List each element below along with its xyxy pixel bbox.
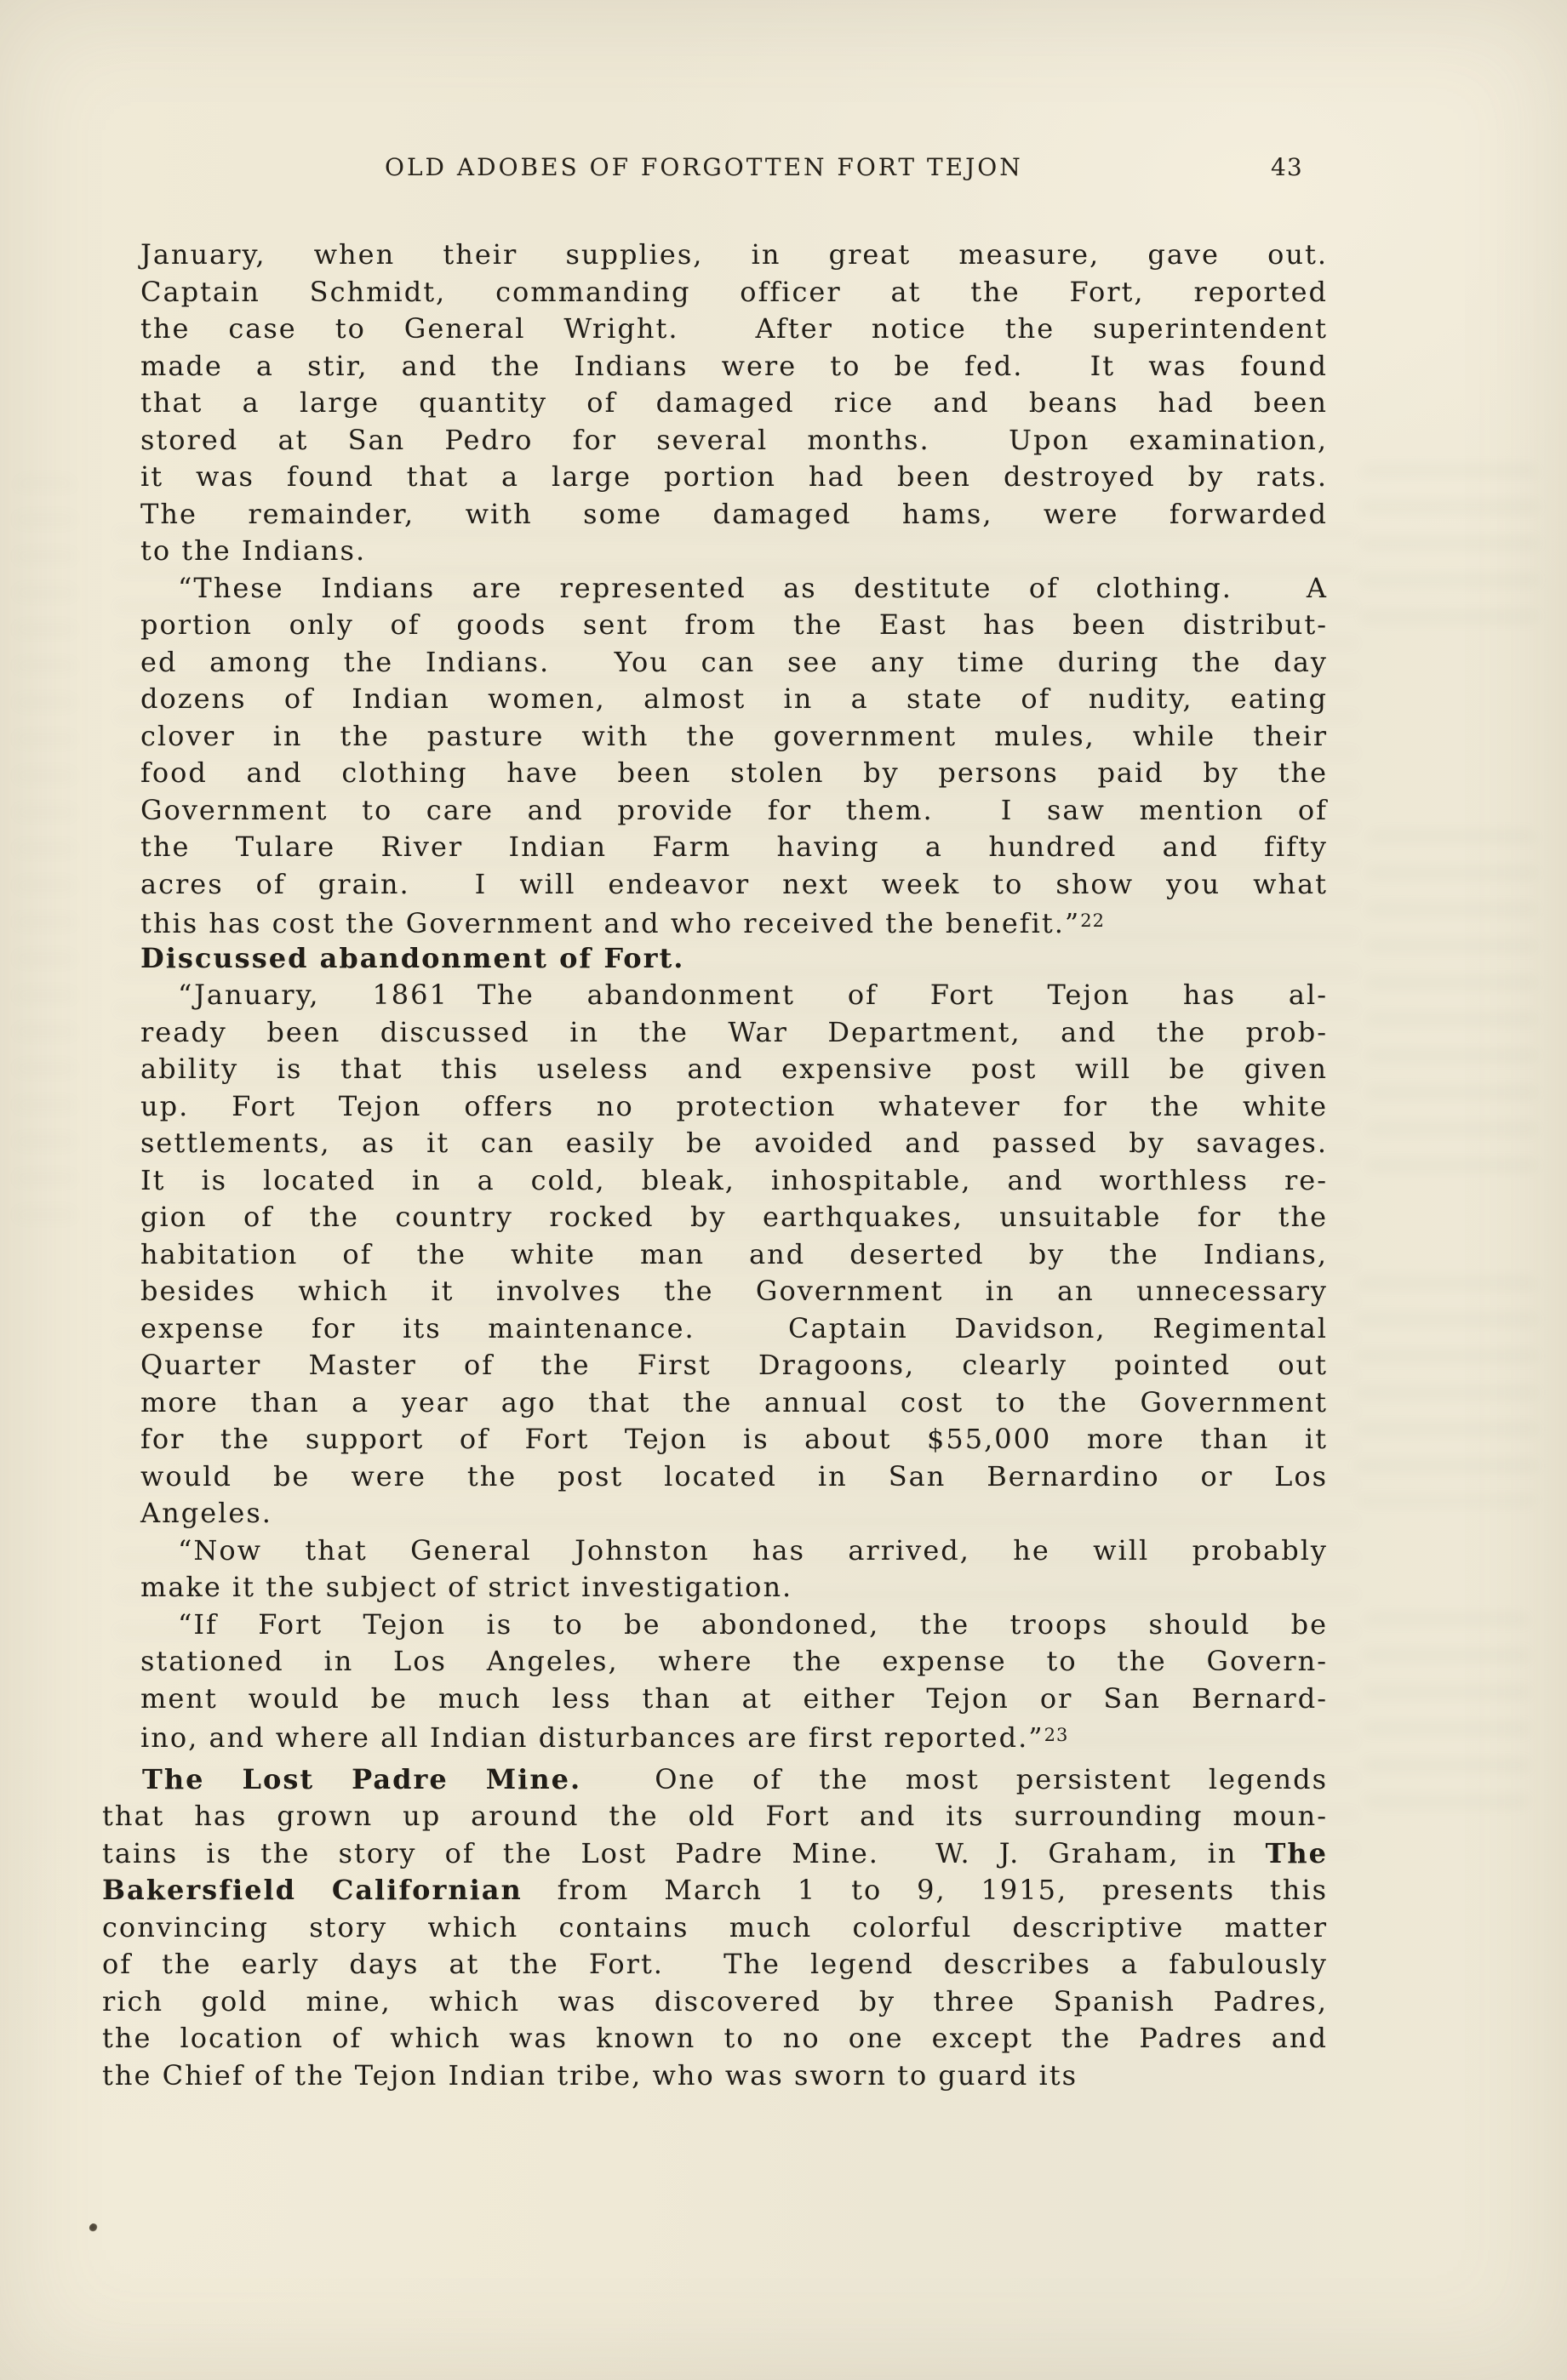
text-line: more than a year ago that the annual cos…: [140, 1384, 1328, 1422]
book-page: OLD ADOBES OF FORGOTTEN FORT TEJON 43 Ja…: [0, 0, 1567, 2380]
text-line: the case to General Wright. After notice…: [140, 311, 1328, 348]
paragraph-lost-padre-mine: The Lost Padre Mine. One of the most per…: [102, 1761, 1328, 2095]
text-line: ed among the Indians. You can see any ti…: [140, 644, 1328, 682]
text-line: stationed in Los Angeles, where the expe…: [140, 1643, 1328, 1681]
paragraph-quote-if-abandoned: “If Fort Tejon is to be abondoned, the t…: [140, 1607, 1328, 1755]
text-line: stored at San Pedro for several months. …: [140, 422, 1328, 459]
text-line: food and clothing have been stolen by pe…: [140, 755, 1328, 792]
text-line: made a stir, and the Indians were to be …: [140, 348, 1328, 385]
text-line: habitation of the white man and deserted…: [140, 1236, 1328, 1274]
text-line: “If Fort Tejon is to be abondoned, the t…: [140, 1607, 1328, 1644]
bleed-through-artifact: [1364, 1612, 1530, 1808]
text-line: tains is the story of the Lost Padre Min…: [102, 1835, 1328, 1873]
text-line: ino, and where all Indian disturbances a…: [140, 1717, 1328, 1755]
text-line: the Chief of the Tejon Indian tribe, who…: [102, 2058, 1328, 2095]
text-line: the location of which was known to no on…: [102, 2020, 1328, 2058]
text-line: clover in the pasture with the governmen…: [140, 718, 1328, 756]
bleed-through-artifact: [1360, 464, 1539, 625]
text-line: Angeles.: [140, 1495, 1328, 1532]
running-title: OLD ADOBES OF FORGOTTEN FORT TEJON: [385, 153, 1023, 181]
text-line: The remainder, with some damaged hams, w…: [140, 496, 1328, 534]
bleed-through-artifact: [1355, 1276, 1538, 1506]
text-line: would be were the post located in San Be…: [140, 1458, 1328, 1496]
text-line: Captain Schmidt, commanding officer at t…: [140, 274, 1328, 311]
paragraph-quote-destitute: “These Indians are represented as destit…: [140, 570, 1328, 940]
text-line: gion of the country rocked by earthquake…: [140, 1199, 1328, 1236]
text-line: the Tulare River Indian Farm having a hu…: [140, 829, 1328, 866]
text-line: It is located in a cold, bleak, inhospit…: [140, 1162, 1328, 1200]
text-line: Government to care and provide for them.…: [140, 792, 1328, 830]
text-line: “These Indians are represented as destit…: [140, 570, 1328, 608]
bleed-through-artifact: [15, 477, 75, 1242]
text-line: convincing story which contains much col…: [102, 1909, 1328, 1947]
text-line: ability is that this useless and expensi…: [140, 1051, 1328, 1088]
text-line: this has cost the Government and who rec…: [140, 903, 1328, 940]
paragraph-quote-abandonment: “January, 1861 The abandonment of Fort T…: [140, 977, 1328, 1532]
text-line: of the early days at the Fort. The legen…: [102, 1946, 1328, 1983]
text-line: settlements, as it can easily be avoided…: [140, 1125, 1328, 1162]
text-line: that has grown up around the old Fort an…: [102, 1798, 1328, 1835]
section-heading: Discussed abandonment of Fort.: [140, 940, 1328, 978]
text-line: rich gold mine, which was discovered by …: [102, 1983, 1328, 2021]
text-line: portion only of goods sent from the East…: [140, 607, 1328, 644]
paragraph-quote-johnston: “Now that General Johnston has arrived, …: [140, 1532, 1328, 1607]
text-line: make it the subject of strict investigat…: [140, 1569, 1328, 1607]
text-line: it was found that a large portion had be…: [140, 459, 1328, 496]
text-line: Quarter Master of the First Dragoons, cl…: [140, 1347, 1328, 1384]
text-line: up. Fort Tejon offers no protection what…: [140, 1088, 1328, 1126]
text-line: “Now that General Johnston has arrived, …: [140, 1532, 1328, 1570]
text-line: “January, 1861 The abandonment of Fort T…: [140, 977, 1328, 1014]
text-line: ment would be much less than at either T…: [140, 1681, 1328, 1718]
ink-speck: [89, 2223, 99, 2233]
text-line: Bakersfield Californian from March 1 to …: [102, 1872, 1328, 1909]
paragraph-supplies: January, when their supplies, in great m…: [140, 237, 1328, 570]
bleed-through-artifact: [1367, 830, 1537, 1196]
text-line: The Lost Padre Mine. One of the most per…: [102, 1761, 1328, 1799]
text-line: dozens of Indian women, almost in a stat…: [140, 681, 1328, 718]
text-line: that a large quantity of damaged rice an…: [140, 385, 1328, 422]
text-line: besides which it involves the Government…: [140, 1273, 1328, 1310]
text-column: January, when their supplies, in great m…: [102, 237, 1328, 2094]
text-line: expense for its maintenance. Captain Dav…: [140, 1310, 1328, 1348]
page-number: 43: [1271, 153, 1303, 181]
text-line: for the support of Fort Tejon is about $…: [140, 1421, 1328, 1458]
text-line: acres of grain. I will endeavor next wee…: [140, 866, 1328, 904]
text-line: January, when their supplies, in great m…: [140, 237, 1328, 274]
text-line: to the Indians.: [140, 533, 1328, 570]
text-line: ready been discussed in the War Departme…: [140, 1014, 1328, 1052]
